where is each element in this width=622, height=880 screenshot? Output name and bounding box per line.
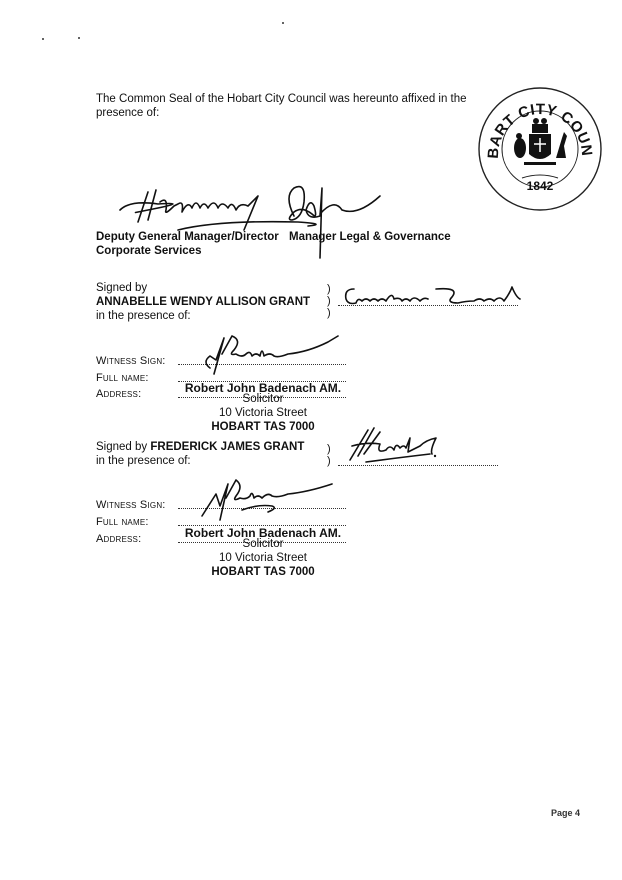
seal-statement-line1: The Common Seal of the Hobart City Counc… bbox=[96, 92, 467, 106]
bracket: ) bbox=[327, 307, 331, 319]
council-seal-icon: HOBART CITY COUNCIL 1842 bbox=[474, 86, 606, 212]
witness-2-details: Robert John Badenach AM. Solicitor 10 Vi… bbox=[178, 526, 348, 579]
witness-1-details: Robert John Badenach AM. Solicitor 10 Vi… bbox=[178, 381, 348, 434]
signatory-1-block: Signed by ANNABELLE WENDY ALLISON GRANT … bbox=[96, 281, 310, 323]
deputy-gm-title: Deputy General Manager/Director Corporat… bbox=[96, 230, 279, 258]
manager-legal-signature bbox=[280, 176, 400, 266]
signatory-2-brackets: ) ) bbox=[327, 443, 331, 467]
witness-2-signature bbox=[198, 476, 348, 526]
scan-speck bbox=[78, 37, 80, 39]
bracket: ) bbox=[327, 283, 331, 295]
witness-1-full-name-label: Full name: bbox=[96, 372, 149, 384]
signatory-2-block: Signed by FREDERICK JAMES GRANT in the p… bbox=[96, 440, 304, 468]
witness-1-address-label: Address: bbox=[96, 388, 141, 400]
witness-1-street: 10 Victoria Street bbox=[178, 406, 348, 420]
seal-statement-line2: presence of: bbox=[96, 106, 467, 120]
page-number: Page 4 bbox=[551, 808, 580, 818]
scan-speck bbox=[282, 22, 284, 24]
bracket: ) bbox=[327, 455, 331, 467]
witness-2-city: HOBART TAS 7000 bbox=[178, 565, 348, 579]
manager-legal-title: Manager Legal & Governance bbox=[289, 230, 451, 244]
signatory-2-signature bbox=[346, 424, 446, 470]
seal-year: 1842 bbox=[527, 179, 554, 193]
signatory-1-brackets: ) ) ) bbox=[327, 283, 331, 319]
deputy-gm-title-line1: Deputy General Manager/Director bbox=[96, 230, 279, 244]
signatory-1-signature bbox=[340, 283, 540, 313]
scan-speck bbox=[42, 38, 44, 40]
seal-statement: The Common Seal of the Hobart City Counc… bbox=[96, 92, 467, 120]
presence-label: in the presence of: bbox=[96, 454, 304, 468]
witness-1-city: HOBART TAS 7000 bbox=[178, 420, 348, 434]
presence-label: in the presence of: bbox=[96, 309, 310, 323]
bracket: ) bbox=[327, 443, 331, 455]
witness-1-sign-label: Witness Sign: bbox=[96, 355, 166, 367]
witness-2-address-label: Address: bbox=[96, 533, 141, 545]
signatory-2-name: FREDERICK JAMES GRANT bbox=[150, 441, 304, 453]
bracket: ) bbox=[327, 295, 331, 307]
signatory-1-name: ANNABELLE WENDY ALLISON GRANT bbox=[96, 295, 310, 309]
witness-1-signature bbox=[198, 332, 348, 382]
witness-2-sign-label: Witness Sign: bbox=[96, 499, 166, 511]
deputy-gm-title-line2: Corporate Services bbox=[96, 244, 279, 258]
witness-2-full-name-label: Full name: bbox=[96, 516, 149, 528]
witness-2-street: 10 Victoria Street bbox=[178, 551, 348, 565]
signed-by-label: Signed by bbox=[96, 281, 310, 295]
signed-by-label: Signed by bbox=[96, 441, 147, 453]
